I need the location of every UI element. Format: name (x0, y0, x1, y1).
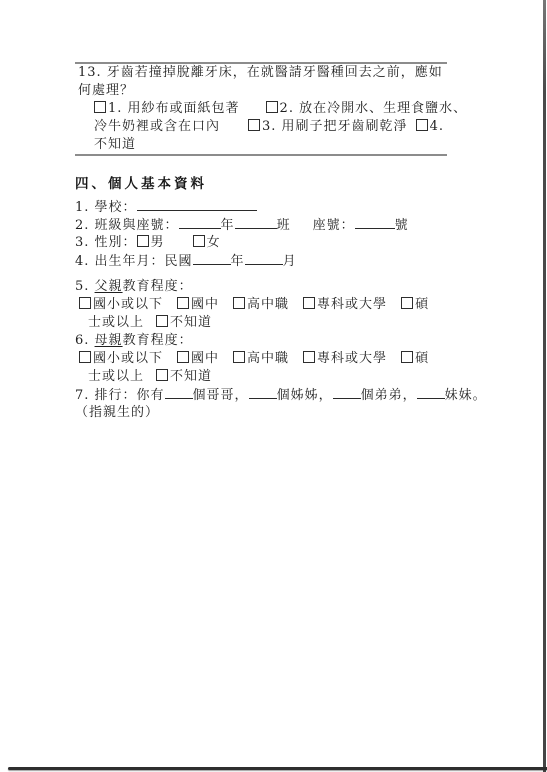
text-run: 專科或大學 (317, 297, 387, 312)
checkbox (401, 351, 413, 363)
text-run: 士或以上 (88, 369, 144, 384)
spacer (291, 228, 313, 229)
text-run: 國小或以下 (93, 351, 163, 366)
spacer (289, 361, 303, 362)
text-run: 母親 (95, 333, 123, 348)
text-run: 3. 性別： (75, 235, 137, 250)
spacer (289, 307, 303, 308)
checkbox (94, 101, 106, 113)
text-run: 妹妹。 (445, 388, 487, 403)
text-run: 座號： (313, 218, 355, 233)
text-run: 3. 用刷子把牙齒刷乾淨 (262, 119, 408, 134)
blank-underline (333, 386, 361, 399)
item-7-siblings: 7. 排行：你有個哥哥，個姊姊，個弟弟，妹妹。 (75, 386, 447, 404)
text-run: （指親生的） (75, 405, 159, 420)
checkbox (248, 119, 260, 131)
item-3-gender: 3. 性別：男女 (75, 234, 447, 252)
text-run: 2. 班級與座號： (75, 218, 179, 233)
scanned-questionnaire-page: 13. 牙齒若撞掉脫離牙床，在就醫請牙醫種回去之前，應如何處理？1. 用紗布或面… (0, 0, 547, 772)
text-run: 7. 排行：你有 (75, 388, 165, 403)
text-run: 月 (283, 254, 297, 269)
text-run: 碩 (415, 297, 429, 312)
checkbox (303, 351, 315, 363)
text-run: 碩 (415, 351, 429, 366)
q13-text-line-2: 何處理？ (78, 82, 447, 100)
checkbox (266, 101, 278, 113)
text-run: 父親 (95, 279, 123, 294)
checkbox (79, 297, 91, 309)
scan-edge-right (543, 0, 546, 772)
text-run: 4. 出生年月：民國 (75, 254, 193, 269)
text-run: 國中 (191, 351, 219, 366)
text-run: 不知道 (94, 137, 136, 152)
text-run: 4. (430, 119, 444, 134)
text-run: 國小或以下 (93, 297, 163, 312)
q13-text-line-1: 13. 牙齒若撞掉脫離牙床，在就醫請牙醫種回去之前，應如 (78, 64, 447, 82)
spacer (163, 307, 177, 308)
text-run: 個哥哥， (193, 388, 249, 403)
blank-underline (355, 216, 395, 229)
text-run: 13. 牙齒若撞掉脫離牙床，在就醫請牙醫種回去之前，應如 (78, 65, 443, 80)
checkbox (177, 351, 189, 363)
scan-edge-bottom (8, 767, 547, 770)
text-run: 專科或大學 (317, 351, 387, 366)
text-run: 個弟弟， (361, 388, 417, 403)
spacer (165, 245, 193, 246)
blank-underline (417, 386, 445, 399)
spacer (144, 379, 156, 380)
checkbox (233, 351, 245, 363)
item-4-birth: 4. 出生年月：民國年月 (75, 252, 447, 270)
spacer (144, 325, 156, 326)
text-run: 國中 (191, 297, 219, 312)
text-run: 2. 放在冷開水、生理食鹽水、 (280, 101, 468, 116)
personal-info-items: 1. 學校：2. 班級與座號：年班座號：號3. 性別：男女4. 出生年月：民國年… (75, 198, 447, 422)
checkbox (193, 235, 205, 247)
text-run: 5. (75, 279, 95, 294)
checkbox (401, 297, 413, 309)
checkbox (233, 297, 245, 309)
item-2-class-seat: 2. 班級與座號：年班座號：號 (75, 216, 447, 234)
item-6-options-line-2: 士或以上不知道 (75, 368, 447, 386)
spacer (240, 111, 266, 112)
item-5-father-education: 5. 父親教育程度： (75, 278, 447, 296)
checkbox (177, 297, 189, 309)
spacer (387, 361, 401, 362)
checkbox (79, 351, 91, 363)
text-run: 不知道 (170, 315, 212, 330)
text-run: 個姊姊， (277, 388, 333, 403)
text-run: 高中職 (247, 351, 289, 366)
q13-options-line-1: 1. 用紗布或面紙包著2. 放在冷開水、生理食鹽水、 (78, 100, 447, 118)
item-6-options-line-1: 國小或以下國中高中職專科或大學碩 (75, 350, 447, 368)
page-content: 13. 牙齒若撞掉脫離牙床，在就醫請牙醫種回去之前，應如何處理？1. 用紗布或面… (75, 62, 447, 422)
text-run: 女 (207, 235, 221, 250)
spacer (408, 129, 416, 130)
text-run: 士或以上 (88, 315, 144, 330)
q13-options-line-2: 冷牛奶裡或含在口內3. 用刷子把牙齒刷乾淨4. (78, 118, 447, 136)
spacer (220, 129, 248, 130)
text-run: 1. 學校： (75, 200, 137, 215)
section-four-title: 四、個人基本資料 (75, 175, 447, 193)
spacer (219, 307, 233, 308)
checkbox (156, 315, 168, 327)
item-7-note: （指親生的） (75, 404, 447, 422)
blank-underline (193, 252, 231, 265)
checkbox (156, 369, 168, 381)
blank-underline (249, 386, 277, 399)
item-5-options-line-2: 士或以上不知道 (75, 314, 447, 332)
question-13-box: 13. 牙齒若撞掉脫離牙床，在就醫請牙醫種回去之前，應如何處理？1. 用紗布或面… (75, 62, 447, 156)
text-run: 教育程度： (123, 279, 193, 294)
checkbox (416, 119, 428, 131)
text-run: 高中職 (247, 297, 289, 312)
text-run: 號 (395, 218, 409, 233)
blank-underline (137, 198, 257, 211)
item-6-mother-education: 6. 母親教育程度： (75, 332, 447, 350)
text-run: 男 (151, 235, 165, 250)
blank-underline (165, 386, 193, 399)
text-run: 冷牛奶裡或含在口內 (94, 119, 220, 134)
text-run: 不知道 (170, 369, 212, 384)
text-run: 1. 用紗布或面紙包著 (108, 101, 240, 116)
blank-underline (245, 252, 283, 265)
spacer (219, 361, 233, 362)
blank-underline (179, 216, 221, 229)
text-run: 年 (231, 254, 245, 269)
text-run: 年 (221, 218, 235, 233)
checkbox (137, 235, 149, 247)
item-1-school: 1. 學校： (75, 198, 447, 216)
text-run: 何處理？ (78, 83, 134, 98)
blank-underline (235, 216, 277, 229)
text-run: 6. (75, 333, 95, 348)
q13-options-line-3: 不知道 (78, 136, 447, 154)
item-5-options-line-1: 國小或以下國中高中職專科或大學碩 (75, 296, 447, 314)
spacer (387, 307, 401, 308)
text-run: 班 (277, 218, 291, 233)
checkbox (303, 297, 315, 309)
spacer (163, 361, 177, 362)
text-run: 教育程度： (123, 333, 193, 348)
